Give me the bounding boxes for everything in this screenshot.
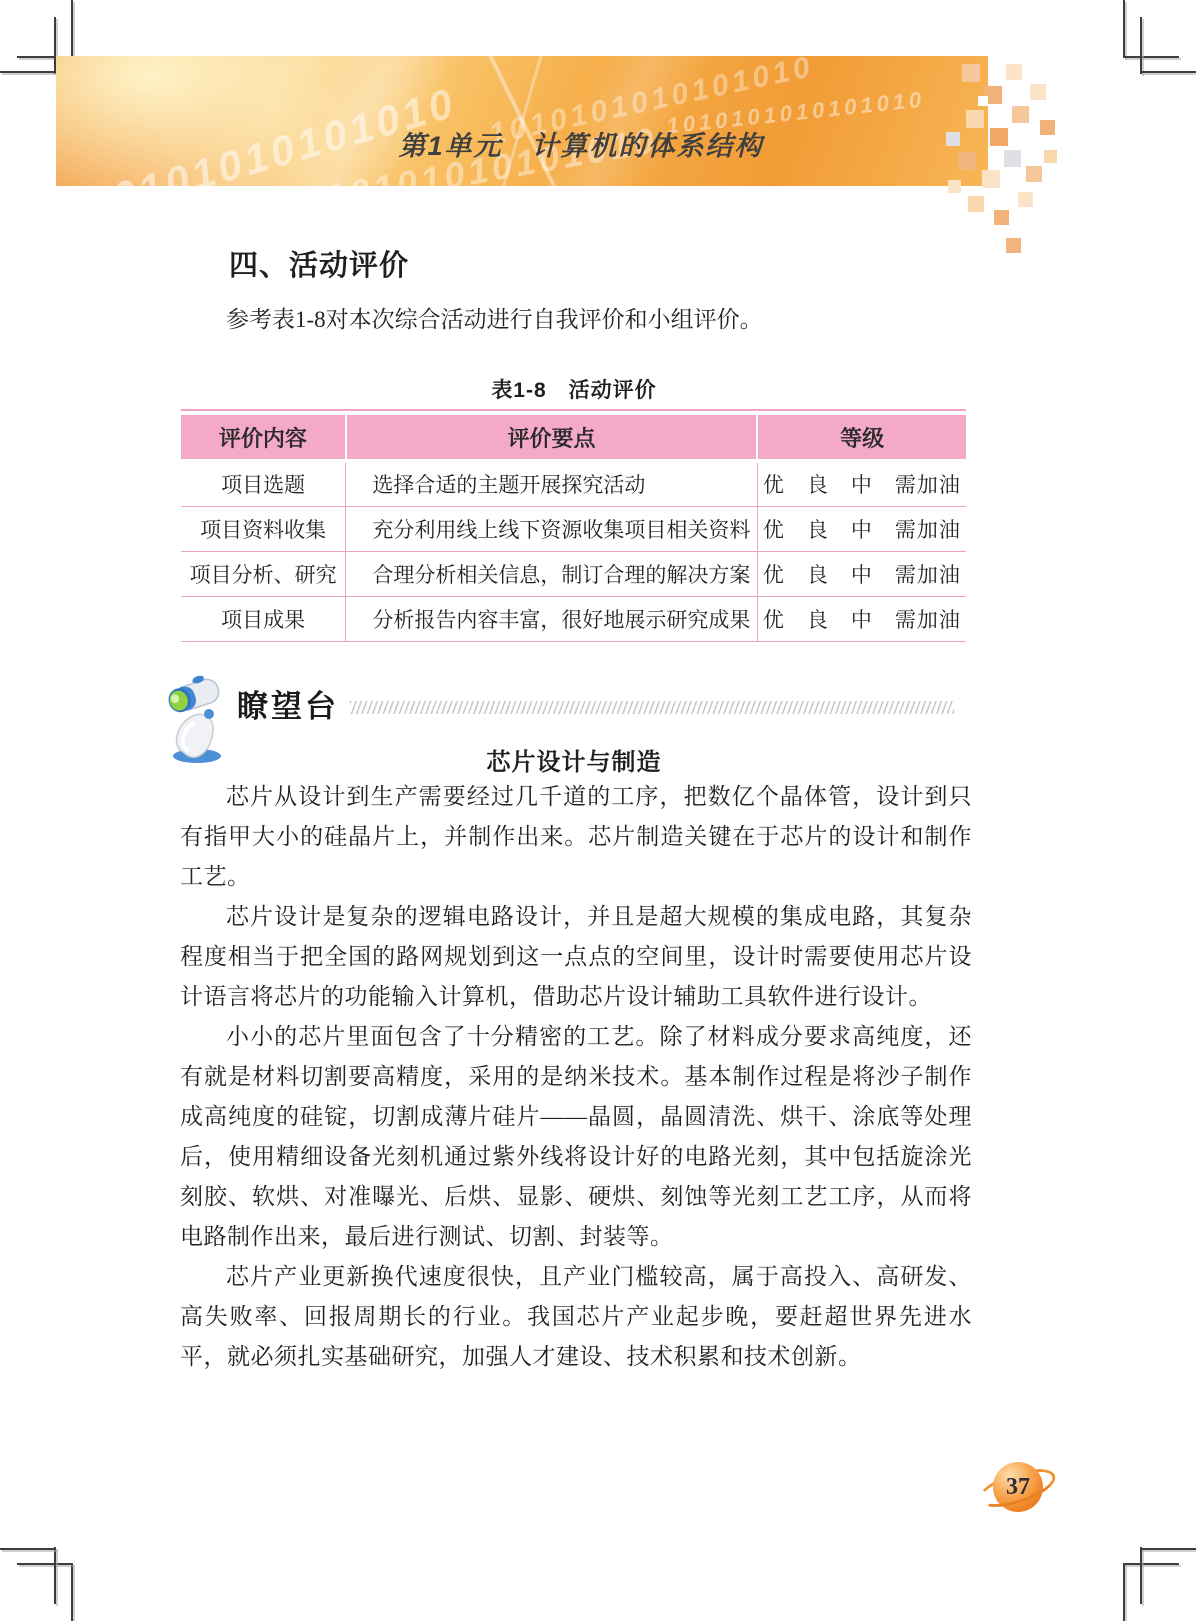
- cell-point: 分析报告内容丰富，很好地展示研究成果: [346, 596, 757, 641]
- hatch-divider: [350, 701, 954, 714]
- article-paragraph: 小小的芯片里面包含了十分精密的工艺。除了材料成分要求高纯度，还有就是材料切割要高…: [180, 1017, 972, 1257]
- unit-header-banner: 1010101010101010 1010101010101010 101010…: [56, 56, 988, 186]
- article-body: 芯片从设计到生产需要经过几千道的工序，把数亿个晶体管，设计到只有指甲大小的硅晶片…: [180, 777, 972, 1377]
- lookout-section-label: 瞭望台: [237, 681, 339, 726]
- cell-grade: 优 良 中 需加油: [757, 461, 966, 506]
- table-row: 项目选题 选择合适的主题开展探究活动 优 良 中 需加油: [181, 461, 966, 506]
- unit-title: 第1单元 计算机的体系结构: [56, 124, 988, 163]
- table-row: 项目资料收集 充分利用线上线下资源收集项目相关资料 优 良 中 需加油: [181, 506, 966, 551]
- cell-grade: 优 良 中 需加油: [757, 596, 966, 641]
- cell-point: 充分利用线上线下资源收集项目相关资料: [346, 506, 757, 551]
- cell-grade: 优 良 中 需加油: [757, 551, 966, 596]
- col-header-points: 评价要点: [346, 415, 757, 461]
- cell-content: 项目分析、研究: [181, 551, 346, 596]
- cell-grade: 优 良 中 需加油: [757, 506, 966, 551]
- table-row: 项目分析、研究 合理分析相关信息，制订合理的解决方案 优 良 中 需加油: [181, 551, 966, 596]
- article-paragraph: 芯片设计是复杂的逻辑电路设计，并且是超大规模的集成电路，其复杂程度相当于把全国的…: [180, 897, 972, 1017]
- cell-point: 合理分析相关信息，制订合理的解决方案: [346, 551, 757, 596]
- section-heading: 四、活动评价: [229, 243, 409, 284]
- page-number-ball: 37: [991, 1460, 1045, 1514]
- cell-content: 项目资料收集: [181, 506, 346, 551]
- intro-paragraph: 参考表1-8对本次综合活动进行自我评价和小组评价。: [180, 300, 970, 340]
- table-row: 项目成果 分析报告内容丰富，很好地展示研究成果 优 良 中 需加油: [181, 596, 966, 641]
- article-title: 芯片设计与制造: [180, 742, 968, 777]
- cell-content: 项目选题: [181, 461, 346, 506]
- cell-point: 选择合适的主题开展探究活动: [346, 461, 757, 506]
- table-header-row: 评价内容 评价要点 等级: [181, 415, 966, 461]
- table-caption: 表1-8 活动评价: [180, 374, 968, 404]
- article-paragraph: 芯片从设计到生产需要经过几千道的工序，把数亿个晶体管，设计到只有指甲大小的硅晶片…: [180, 777, 972, 897]
- evaluation-table: 评价内容 评价要点 等级 项目选题 选择合适的主题开展探究活动 优 良 中 需加…: [181, 409, 966, 642]
- col-header-content: 评价内容: [181, 415, 346, 461]
- cell-content: 项目成果: [181, 596, 346, 641]
- textbook-page: { "banner": { "unit_title": "第1单元 计算机的体系…: [0, 0, 1196, 1621]
- col-header-grade: 等级: [757, 415, 966, 461]
- article-paragraph: 芯片产业更新换代速度很快，且产业门槛较高，属于高投入、高研发、高失败率、回报周期…: [180, 1257, 972, 1377]
